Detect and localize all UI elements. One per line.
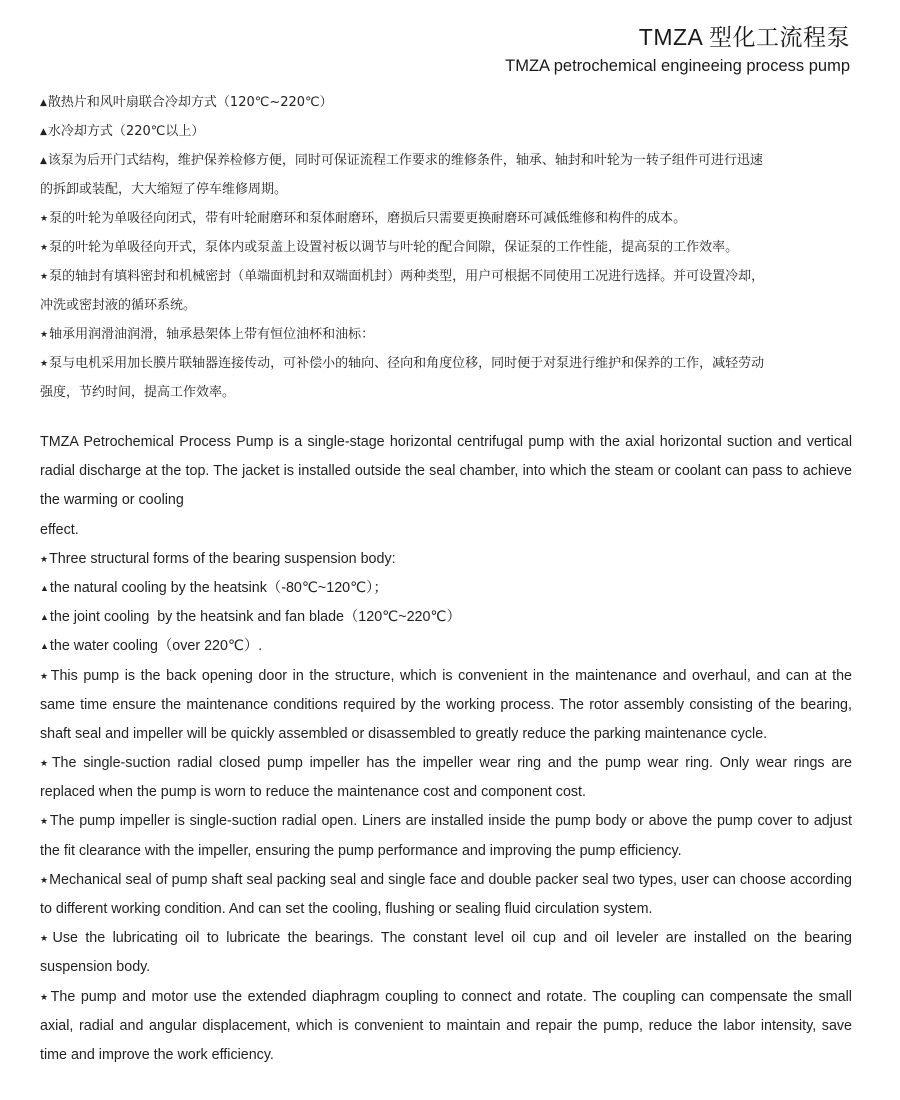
chinese-features-section: ▲散热片和风叶扇联合冷却方式（120℃~220℃）▲水冷却方式（220℃以上）▲… xyxy=(40,88,860,407)
line-text: same time ensure the maintenance conditi… xyxy=(40,697,852,713)
text-line: to different working condition. And can … xyxy=(40,895,852,924)
text-line: ▲the joint cooling by the heatsink and f… xyxy=(40,603,852,632)
line-text: TMZA Petrochemical Process Pump is a sin… xyxy=(40,434,852,450)
triangle-bullet-icon: ▲ xyxy=(40,612,49,622)
triangle-bullet-icon: ▲ xyxy=(40,127,47,137)
line-text: Three structural forms of the bearing su… xyxy=(49,551,395,567)
text-line: effect. xyxy=(40,516,852,545)
star-bullet-icon: ★ xyxy=(40,359,48,369)
text-line: replaced when the pump is worn to reduce… xyxy=(40,778,852,807)
text-line: ★The single-suction radial closed pump i… xyxy=(40,749,852,778)
text-line: ▲the natural cooling by the heatsink（-80… xyxy=(40,574,852,603)
text-line: shaft seal and impeller will be quickly … xyxy=(40,720,852,749)
text-line: same time ensure the maintenance conditi… xyxy=(40,691,852,720)
text-line: 强度，节约时间，提高工作效率。 xyxy=(40,378,860,407)
line-text: 冲洗或密封液的循环系统。 xyxy=(40,298,196,313)
line-text: the natural cooling by the heatsink（-80℃… xyxy=(50,580,388,596)
text-line: ★Use the lubricating oil to lubricate th… xyxy=(40,924,852,953)
line-text: This pump is the back opening door in th… xyxy=(51,668,852,684)
english-description-section: TMZA Petrochemical Process Pump is a sin… xyxy=(40,428,852,1070)
text-line: ▲散热片和风叶扇联合冷却方式（120℃~220℃） xyxy=(40,88,860,117)
star-bullet-icon: ★ xyxy=(40,214,48,224)
line-text: 泵的轴封有填料密封和机械密封（单端面机封和双端面机封）两种类型，用户可根据不同使… xyxy=(49,269,764,284)
line-text: time and improve the work efficiency. xyxy=(40,1047,274,1063)
page-title-chinese: TMZA 型化工流程泵 xyxy=(505,20,850,54)
line-text: axial, radial and angular displacement, … xyxy=(40,1018,852,1034)
line-text: The pump and motor use the extended diap… xyxy=(51,989,852,1005)
text-line: ★泵的叶轮为单吸径向闭式，带有叶轮耐磨环和泵体耐磨环，磨损后只需要更换耐磨环可减… xyxy=(40,204,860,233)
line-text: The single-suction radial closed pump im… xyxy=(52,755,852,771)
page-subtitle-english: TMZA petrochemical engineeing process pu… xyxy=(505,55,850,77)
text-line: ★泵与电机采用加长膜片联轴器连接传动，可补偿小的轴向、径向和角度位移，同时便于对… xyxy=(40,349,860,378)
text-line: 冲洗或密封液的循环系统。 xyxy=(40,291,860,320)
text-line: ★轴承用润滑油润滑，轴承悬架体上带有恒位油杯和油标： xyxy=(40,320,860,349)
line-text: Mechanical seal of pump shaft seal packi… xyxy=(49,872,852,888)
text-line: ★泵的轴封有填料密封和机械密封（单端面机封和双端面机封）两种类型，用户可根据不同… xyxy=(40,262,860,291)
text-line: ★Three structural forms of the bearing s… xyxy=(40,545,852,574)
text-line: ★This pump is the back opening door in t… xyxy=(40,662,852,691)
triangle-bullet-icon: ▲ xyxy=(40,641,49,651)
text-line: ★泵的叶轮为单吸径向开式，泵体内或泵盖上设置衬板以调节与叶轮的配合间隙，保证泵的… xyxy=(40,233,860,262)
line-text: Use the lubricating oil to lubricate the… xyxy=(53,930,852,946)
text-line: radial discharge at the top. The jacket … xyxy=(40,457,852,486)
star-bullet-icon: ★ xyxy=(40,272,48,282)
text-line: ★The pump impeller is single-suction rad… xyxy=(40,807,852,836)
line-text: to different working condition. And can … xyxy=(40,901,652,917)
text-line: ▲该泵为后开门式结构，维护保养检修方便，同时可保证流程工作要求的维修条件，轴承、… xyxy=(40,146,860,175)
line-text: radial discharge at the top. The jacket … xyxy=(40,463,852,479)
line-text: the joint cooling by the heatsink and fa… xyxy=(50,609,461,625)
text-line: 的拆卸或装配，大大缩短了停车维修周期。 xyxy=(40,175,860,204)
line-text: 的拆卸或装配，大大缩短了停车维修周期。 xyxy=(40,182,287,197)
line-text: 水冷却方式（220℃以上） xyxy=(48,124,204,139)
text-line: suspension body. xyxy=(40,953,852,982)
line-text: replaced when the pump is worn to reduce… xyxy=(40,784,586,800)
line-text: 泵的叶轮为单吸径向闭式，带有叶轮耐磨环和泵体耐磨环，磨损后只需要更换耐磨环可减低… xyxy=(49,211,686,226)
star-bullet-icon: ★ xyxy=(40,671,50,681)
triangle-bullet-icon: ▲ xyxy=(40,583,49,593)
line-text: effect. xyxy=(40,522,79,538)
line-text: 散热片和风叶扇联合冷却方式（120℃~220℃） xyxy=(48,95,333,110)
text-line: ★Mechanical seal of pump shaft seal pack… xyxy=(40,866,852,895)
line-text: shaft seal and impeller will be quickly … xyxy=(40,726,767,742)
star-bullet-icon: ★ xyxy=(40,554,48,564)
line-text: suspension body. xyxy=(40,959,150,975)
line-text: 轴承用润滑油润滑，轴承悬架体上带有恒位油杯和油标： xyxy=(49,327,374,342)
text-line: ★The pump and motor use the extended dia… xyxy=(40,983,852,1012)
text-line: time and improve the work efficiency. xyxy=(40,1041,852,1070)
text-line: TMZA Petrochemical Process Pump is a sin… xyxy=(40,428,852,457)
star-bullet-icon: ★ xyxy=(40,243,48,253)
line-text: 该泵为后开门式结构，维护保养检修方便，同时可保证流程工作要求的维修条件，轴承、轴… xyxy=(48,153,763,168)
star-bullet-icon: ★ xyxy=(40,330,48,340)
star-bullet-icon: ★ xyxy=(40,933,52,943)
text-line: ▲水冷却方式（220℃以上） xyxy=(40,117,860,146)
text-line: axial, radial and angular displacement, … xyxy=(40,1012,852,1041)
line-text: the fit clearance with the impeller, ens… xyxy=(40,843,682,859)
line-text: The pump impeller is single-suction radi… xyxy=(50,813,852,829)
text-line: the fit clearance with the impeller, ens… xyxy=(40,837,852,866)
star-bullet-icon: ★ xyxy=(40,875,48,885)
star-bullet-icon: ★ xyxy=(40,992,50,1002)
triangle-bullet-icon: ▲ xyxy=(40,156,47,166)
line-text: 强度，节约时间，提高工作效率。 xyxy=(40,385,235,400)
text-line: ▲the water cooling（over 220℃）. xyxy=(40,632,852,661)
star-bullet-icon: ★ xyxy=(40,816,49,826)
line-text: the warming or cooling xyxy=(40,492,184,508)
document-header: TMZA 型化工流程泵 TMZA petrochemical engineein… xyxy=(505,20,850,77)
triangle-bullet-icon: ▲ xyxy=(40,98,47,108)
line-text: the water cooling（over 220℃）. xyxy=(50,638,262,654)
star-bullet-icon: ★ xyxy=(40,758,51,768)
text-line: the warming or cooling xyxy=(40,486,852,515)
line-text: 泵与电机采用加长膜片联轴器连接传动，可补偿小的轴向、径向和角度位移，同时便于对泵… xyxy=(49,356,764,371)
line-text: 泵的叶轮为单吸径向开式，泵体内或泵盖上设置衬板以调节与叶轮的配合间隙，保证泵的工… xyxy=(49,240,738,255)
